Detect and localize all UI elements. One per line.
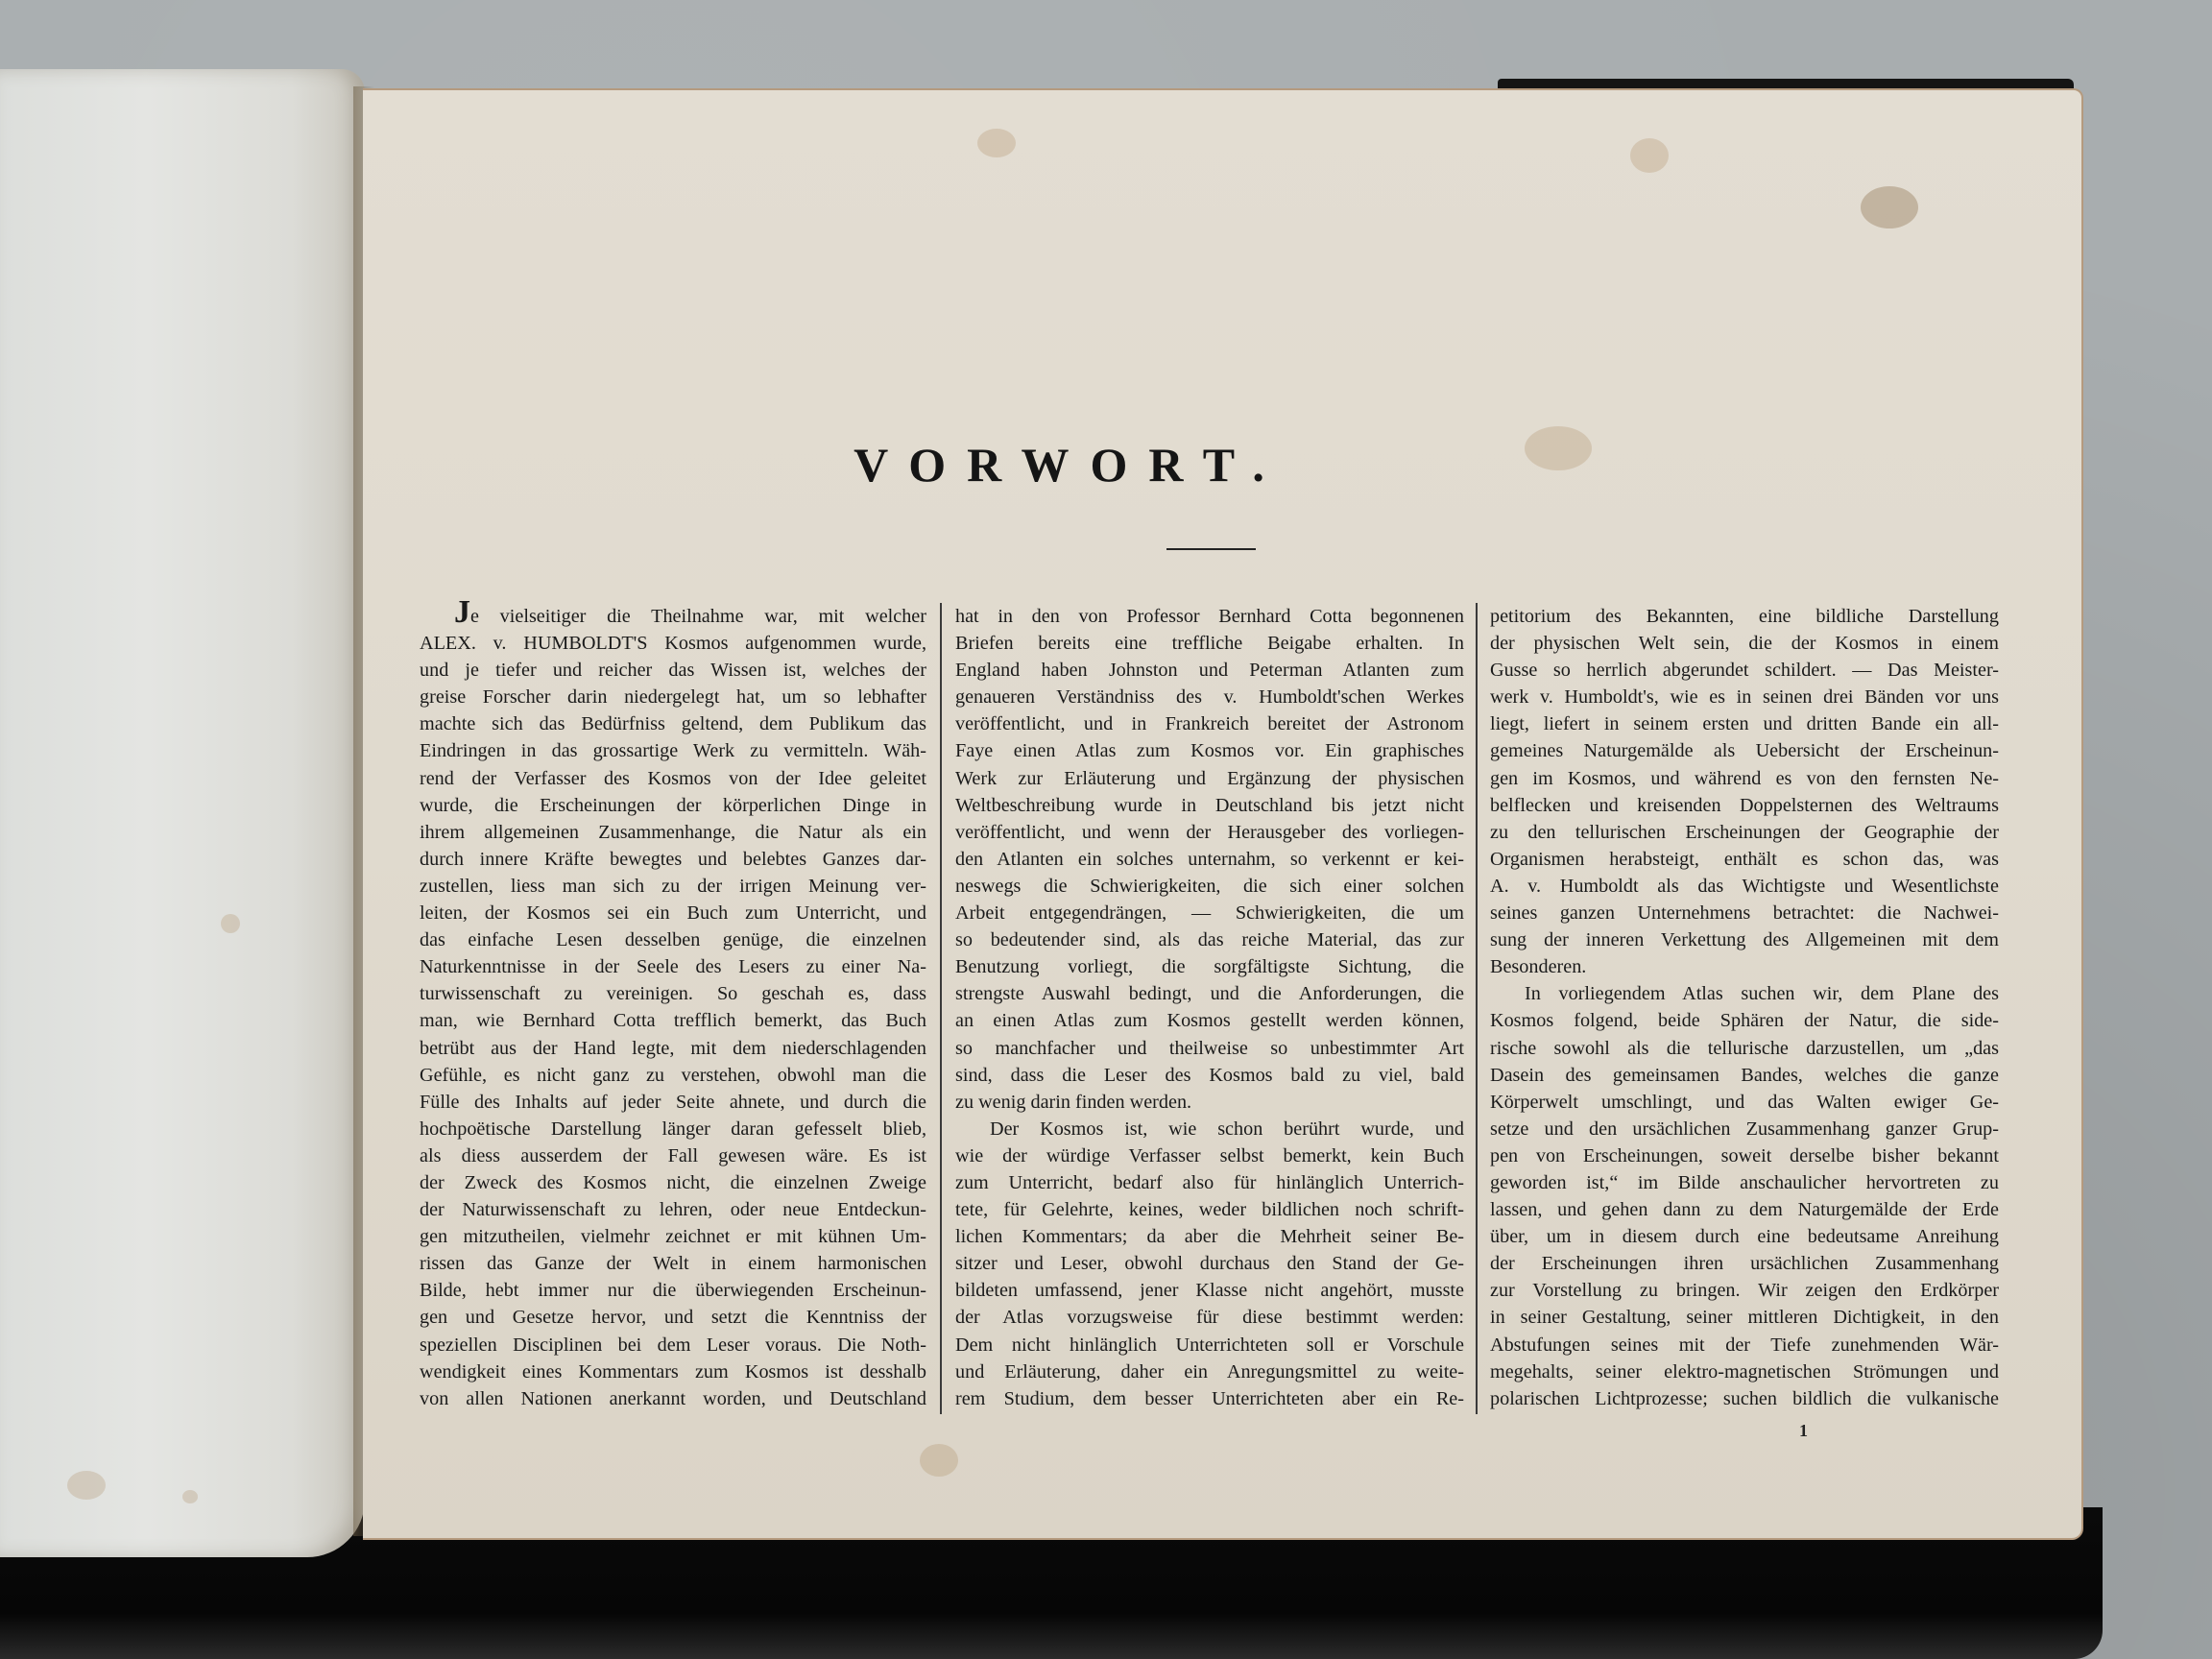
text-line: seines ganzen Unternehmens betrachtet: d… — [1490, 900, 1999, 926]
page-number: 1 — [1799, 1421, 1808, 1441]
text-line: rische sowohl als die tellurische darzus… — [1490, 1035, 1999, 1062]
text-line: wendigkeit eines Kommentars zum Kosmos i… — [420, 1358, 926, 1385]
text-line: In vorliegendem Atlas suchen wir, dem Pl… — [1490, 980, 1999, 1007]
text-line: Organismen herabsteigt, enthält es schon… — [1490, 846, 1999, 873]
text-line: Gusse so herrlich abgerundet schildert. … — [1490, 657, 1999, 684]
text-line: in seiner Gestaltung, seiner mittleren D… — [1490, 1304, 1999, 1331]
text-line: Dem nicht hinlänglich Unterrichteten sol… — [955, 1332, 1464, 1358]
text-line: sind, dass die Leser des Kosmos bald zu … — [955, 1062, 1464, 1089]
text-line: der physischen Welt sein, die der Kosmos… — [1490, 630, 1999, 657]
text-line: lichen Kommentars; da aber die Mehrheit … — [955, 1223, 1464, 1250]
text-line: und Erläuterung, daher ein Anregungsmitt… — [955, 1358, 1464, 1385]
foxing-stain — [1861, 186, 1918, 228]
column-divider — [1476, 603, 1478, 1414]
text-line: lassen, und gehen dann zu dem Naturgemäl… — [1490, 1196, 1999, 1223]
text-line: speziellen Disciplinen bei dem Leser vor… — [420, 1332, 926, 1358]
foxing-stain — [1630, 138, 1669, 173]
text-line: veröffentlicht, und in Frankreich bereit… — [955, 710, 1464, 737]
text-line: Naturkenntnisse in der Seele des Lesers … — [420, 953, 926, 980]
text-column-3: petitorium des Bekannten, eine bildliche… — [1490, 603, 1999, 1419]
text-line: rend der Verfasser des Kosmos von der Id… — [420, 765, 926, 792]
text-line: tete, für Gelehrte, keines, weder bildli… — [955, 1196, 1464, 1223]
text-line: zustellen, liess man sich zu der irrigen… — [420, 873, 926, 900]
text-line: der Naturwissenschaft zu lehren, oder ne… — [420, 1196, 926, 1223]
text-line: Faye einen Atlas zum Kosmos vor. Ein gra… — [955, 737, 1464, 764]
text-line: gen und Gesetze hervor, und setzt die Ke… — [420, 1304, 926, 1331]
text-line: petitorium des Bekannten, eine bildliche… — [1490, 603, 1999, 630]
text-line: Fülle des Inhalts auf jeder Seite ahnete… — [420, 1089, 926, 1116]
text-line: polarischen Lichtprozesse; suchen bildli… — [1490, 1385, 1999, 1412]
text-line: an einen Atlas zum Kosmos gestellt werde… — [955, 1007, 1464, 1034]
foxing-stain — [920, 1444, 958, 1477]
text-line: liegt, liefert in seinem ersten und drit… — [1490, 710, 1999, 737]
text-line: von allen Nationen anerkannt worden, und… — [420, 1385, 926, 1412]
foxing-stain — [182, 1490, 198, 1503]
text-line: Körperwelt umschlingt, und das Walten ew… — [1490, 1089, 1999, 1116]
text-column-2: hat in den von Professor Bernhard Cotta … — [955, 603, 1464, 1419]
text-line: man, wie Bernhard Cotta trefflich bemerk… — [420, 1007, 926, 1034]
text-line: Briefen bereits eine treffliche Beigabe … — [955, 630, 1464, 657]
text-line: genaueren Verständniss des v. Humboldt's… — [955, 684, 1464, 710]
text-line: wurde, die Erscheinungen der körperliche… — [420, 792, 926, 819]
text-columns: Je vielseitiger die Theilnahme war, mit … — [420, 603, 2004, 1419]
text-line: Kosmos folgend, beide Sphären der Natur,… — [1490, 1007, 1999, 1034]
text-line: Werk zur Erläuterung und Ergänzung der p… — [955, 765, 1464, 792]
text-line: rem Studium, dem besser Unterrichteten a… — [955, 1385, 1464, 1412]
text-line: über, um in diesem durch eine bedeutsame… — [1490, 1223, 1999, 1250]
text-line: machte sich das Bedürfniss geltend, dem … — [420, 710, 926, 737]
page-title: VORWORT. — [0, 437, 2176, 493]
text-line: gemeines Naturgemälde als Uebersicht der… — [1490, 737, 1999, 764]
text-line: England haben Johnston und Peterman Atla… — [955, 657, 1464, 684]
text-line: gen mitzutheilen, vielmehr zeichnet er m… — [420, 1223, 926, 1250]
left-page-blank — [0, 69, 365, 1557]
text-line: zu wenig darin finden werden. — [955, 1089, 1464, 1116]
text-line: neswegs die Schwierigkeiten, die sich ei… — [955, 873, 1464, 900]
text-line: so bedeutender sind, als das reiche Mate… — [955, 926, 1464, 953]
text-line: gen im Kosmos, und während es von den fe… — [1490, 765, 1999, 792]
foxing-stain — [977, 129, 1016, 157]
text-line: hochpoëtische Darstellung länger daran g… — [420, 1116, 926, 1142]
text-line: wie der würdige Verfasser selbst bemerkt… — [955, 1142, 1464, 1169]
text-line: der Erscheinungen ihren ursächlichen Zus… — [1490, 1250, 1999, 1277]
text-line: Besonderen. — [1490, 953, 1999, 980]
text-line: A. v. Humboldt als das Wichtigste und We… — [1490, 873, 1999, 900]
text-line: Arbeit entgegendrängen, — Schwierigkeite… — [955, 900, 1464, 926]
text-line: werk v. Humboldt's, wie es in seinen dre… — [1490, 684, 1999, 710]
text-line: geworden ist,“ im Bilde anschaulicher he… — [1490, 1169, 1999, 1196]
title-rule — [1166, 548, 1256, 550]
text-line: Weltbeschreibung wurde in Deutschland bi… — [955, 792, 1464, 819]
text-line: veröffentlicht, und wenn der Herausgeber… — [955, 819, 1464, 846]
text-line: zur Vorstellung zu bringen. Wir zeigen d… — [1490, 1277, 1999, 1304]
text-line: durch innere Kräfte bewegtes und belebte… — [420, 846, 926, 873]
text-line: und je tiefer und reicher das Wissen ist… — [420, 657, 926, 684]
text-line: betrübt aus der Hand legte, mit dem nied… — [420, 1035, 926, 1062]
text-line: Gefühle, es nicht ganz zu verstehen, obw… — [420, 1062, 926, 1089]
text-line: Eindringen in das grossartige Werk zu ve… — [420, 737, 926, 764]
text-line: sung der inneren Verkettung des Allgemei… — [1490, 926, 1999, 953]
text-line: sitzer und Leser, obwohl durchaus den St… — [955, 1250, 1464, 1277]
text-line: zum Unterricht, bedarf also für hinlängl… — [955, 1169, 1464, 1196]
text-line: als diess ausserdem der Fall gewesen wär… — [420, 1142, 926, 1169]
column-divider — [940, 603, 942, 1414]
text-line: greise Forscher darin niedergelegt hat, … — [420, 684, 926, 710]
text-line: setze und den ursächlichen Zusammenhang … — [1490, 1116, 1999, 1142]
text-line: ihrem allgemeinen Zusammenhange, die Nat… — [420, 819, 926, 846]
text-line: Der Kosmos ist, wie schon berührt wurde,… — [955, 1116, 1464, 1142]
text-line: bildeten umfassend, jener Klasse nicht a… — [955, 1277, 1464, 1304]
text-line: leiten, der Kosmos sei ein Buch zum Unte… — [420, 900, 926, 926]
text-line: so manchfacher und theilweise so unbesti… — [955, 1035, 1464, 1062]
text-line: hat in den von Professor Bernhard Cotta … — [955, 603, 1464, 630]
text-line: zu den tellurischen Erscheinungen der Ge… — [1490, 819, 1999, 846]
text-line: der Atlas vorzugsweise für diese bestimm… — [955, 1304, 1464, 1331]
text-line: Je vielseitiger die Theilnahme war, mit … — [420, 603, 926, 630]
text-line: ALEX. v. HUMBOLDT'S Kosmos aufgenommen w… — [420, 630, 926, 657]
foxing-stain — [221, 914, 240, 933]
text-line: Abstufungen seines mit der Tiefe zunehme… — [1490, 1332, 1999, 1358]
text-line: turwissenschaft zu vereinigen. So gescha… — [420, 980, 926, 1007]
text-line: rissen das Ganze der Welt in einem harmo… — [420, 1250, 926, 1277]
drop-cap: J — [454, 594, 470, 630]
text-line: das einfache Lesen desselben genüge, die… — [420, 926, 926, 953]
text-line: megehalts, seiner elektro-magnetischen S… — [1490, 1358, 1999, 1385]
text-line: Dasein des gemeinsamen Bandes, welches d… — [1490, 1062, 1999, 1089]
foxing-stain — [67, 1471, 106, 1500]
text-line: belflecken und kreisenden Doppelsternen … — [1490, 792, 1999, 819]
text-line: der Zweck des Kosmos nicht, die einzelne… — [420, 1169, 926, 1196]
text-line: Benutzung vorliegt, die sorgfältigste Si… — [955, 953, 1464, 980]
text-column-1: Je vielseitiger die Theilnahme war, mit … — [420, 603, 926, 1419]
text-line: strengste Auswahl bedingt, und die Anfor… — [955, 980, 1464, 1007]
text-line: pen von Erscheinungen, soweit derselbe b… — [1490, 1142, 1999, 1169]
text-line: Bilde, hebt immer nur die überwiegenden … — [420, 1277, 926, 1304]
text-line: den Atlanten ein solches unternahm, so v… — [955, 846, 1464, 873]
